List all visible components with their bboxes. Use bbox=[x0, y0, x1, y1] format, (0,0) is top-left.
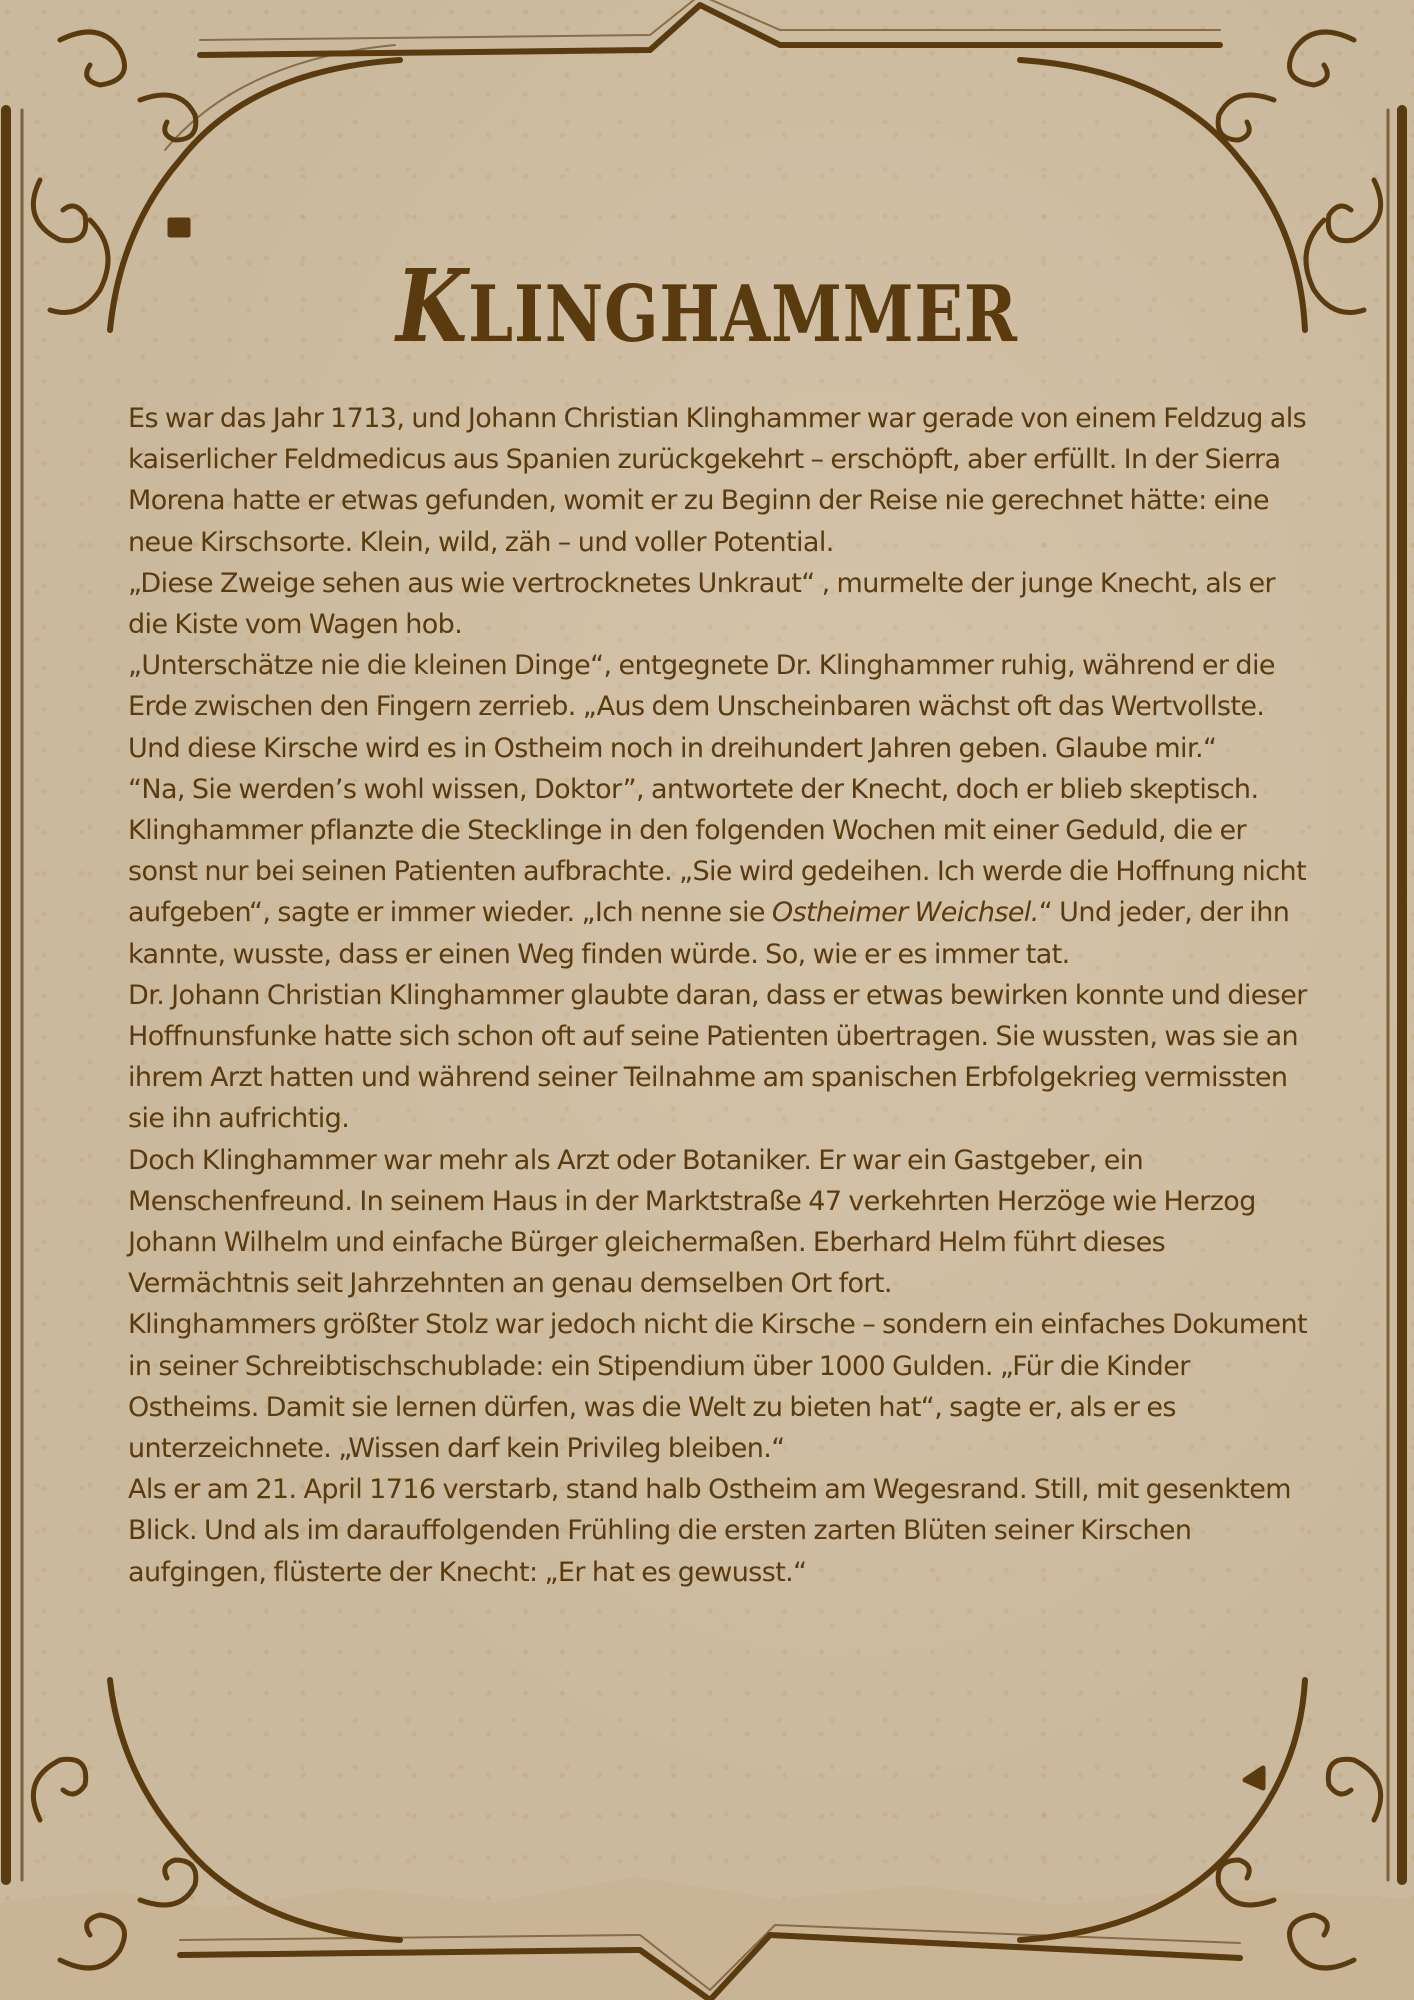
title-initial: K bbox=[396, 247, 468, 365]
cherry-variety-name: Ostheimer Weichsel. bbox=[772, 897, 1039, 928]
paragraph: Dr. Johann Christian Klinghammer glaubte… bbox=[128, 975, 1318, 1140]
title-rest: linghammer bbox=[468, 269, 1018, 360]
paragraph: “Na, Sie werden’s wohl wissen, Doktor”, … bbox=[128, 769, 1318, 810]
story-text: Es war das Jahr 1713, und Johann Christi… bbox=[128, 398, 1318, 1593]
paragraph: Doch Klinghammer war mehr als Arzt oder … bbox=[128, 1140, 1318, 1305]
paragraph: Es war das Jahr 1713, und Johann Christi… bbox=[128, 398, 1318, 563]
page-title: Klinghammer bbox=[127, 247, 1286, 365]
paragraph: „Diese Zweige sehen aus wie vertrocknete… bbox=[128, 563, 1318, 645]
paragraph: „Unterschätze nie die kleinen Dinge“, en… bbox=[128, 645, 1318, 769]
paragraph: Klinghammer pflanzte die Stecklinge in d… bbox=[128, 810, 1318, 975]
paragraph: Als er am 21. April 1716 verstarb, stand… bbox=[128, 1469, 1318, 1593]
paragraph: Klinghammers größter Stolz war jedoch ni… bbox=[128, 1304, 1318, 1469]
